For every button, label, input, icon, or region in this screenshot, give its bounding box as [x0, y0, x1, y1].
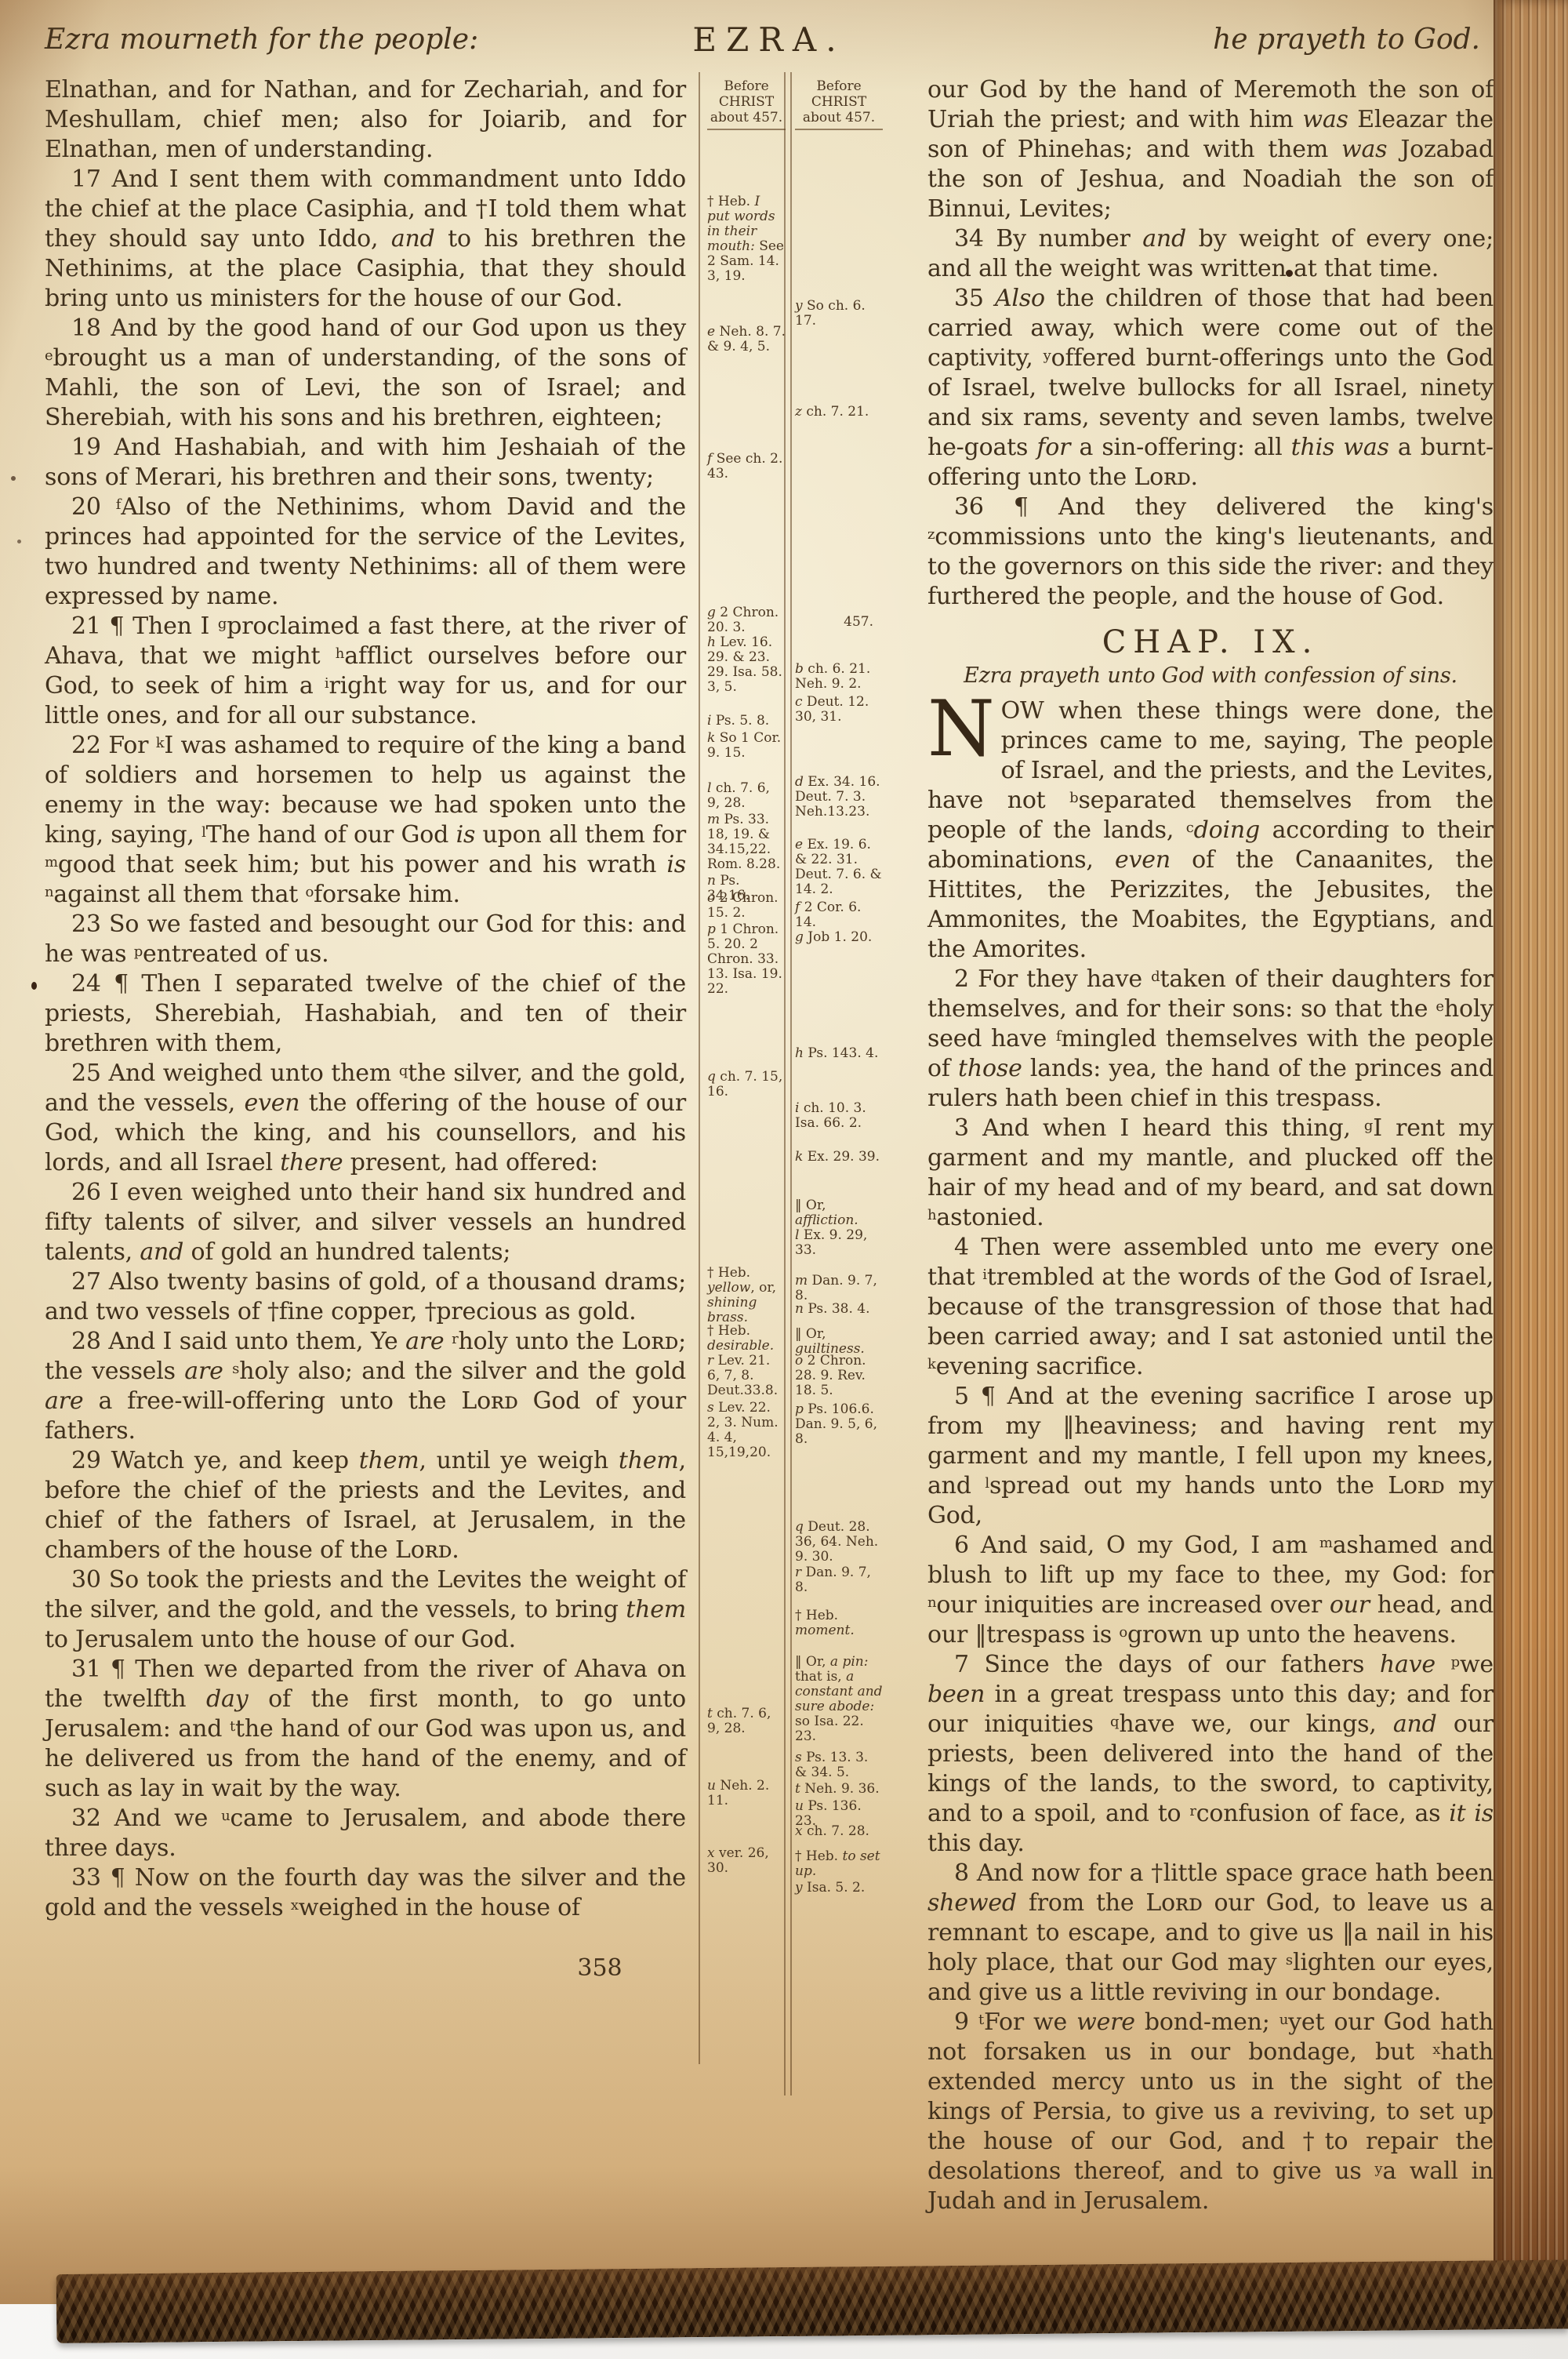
- verse-paragraph: 30 So took the priests and the Levites t…: [45, 1565, 686, 1655]
- verse-paragraph: 20 fAlso of the Nethinims, whom David an…: [45, 493, 686, 612]
- margin-note: d Ex. 34. 16. Deut. 7. 3. Neh.13.23.: [795, 775, 883, 820]
- verse-paragraph: 34 By number and by weight of every one;…: [927, 224, 1494, 284]
- margin-note: k Ex. 29. 39.: [795, 1150, 883, 1165]
- verse-paragraph: 32 And we ucame to Jerusalem, and abode …: [45, 1804, 686, 1863]
- chapter-heading: CHAP. IX.: [927, 624, 1494, 660]
- margin-note: o 2 Chron. 28. 9. Rev. 18. 5.: [795, 1354, 883, 1398]
- margin-note: s Lev. 22. 2, 3. Num. 4. 4, 15,19,20.: [707, 1401, 786, 1460]
- verse-paragraph: 8 And now for a †little space grace hath…: [927, 1859, 1494, 2008]
- margin-note: o 2 Chron. 15. 2.: [707, 891, 786, 921]
- margin-note: r Dan. 9. 7, 8.: [795, 1565, 883, 1595]
- verse-paragraph: 23 So we fasted and besought our God for…: [45, 910, 686, 969]
- verse-paragraph: 5 ¶ And at the evening sacrifice I arose…: [927, 1382, 1494, 1531]
- margin-note: n Ps. 38. 4.: [795, 1302, 883, 1317]
- margin-note: l Ex. 9. 29, 33.: [795, 1228, 883, 1258]
- margin-note: y Isa. 5. 2.: [795, 1881, 883, 1896]
- before-christ-line: about 457.: [795, 110, 883, 125]
- before-christ-line: about 457.: [707, 110, 786, 125]
- margin-note: x ver. 26, 30.: [707, 1846, 786, 1876]
- verse-paragraph: NOW when these things were done, the pri…: [927, 696, 1494, 965]
- verse-paragraph: 9 tFor we were bond-men; uyet our God ha…: [927, 2008, 1494, 2216]
- margin-note: q Deut. 28. 36, 64. Neh. 9. 30.: [795, 1520, 883, 1565]
- margin-note: x ch. 7. 28.: [795, 1824, 883, 1839]
- margin-note: p Ps. 106.6. Dan. 9. 5, 6, 8.: [795, 1402, 883, 1447]
- margin-note: i ch. 10. 3. Isa. 66. 2.: [795, 1101, 883, 1131]
- margin-note: † Heb. yellow, or, shining brass.: [707, 1266, 786, 1325]
- book-fore-edge: [1494, 0, 1568, 2306]
- margin-note: h Lev. 16. 29. & 23. 29. Isa. 58. 3, 5.: [707, 635, 786, 695]
- verse-paragraph: 36 ¶ And they delivered the king's zcomm…: [927, 493, 1494, 612]
- bible-page: Ezra mourneth for the people: EZRA. he p…: [0, 0, 1568, 2304]
- margin-note: z ch. 7. 21.: [795, 405, 883, 420]
- before-christ-line: Before: [795, 78, 883, 94]
- before-christ-header: Before CHRIST about 457.: [795, 78, 883, 130]
- margin-note: 457.: [795, 615, 873, 630]
- ink-speck: [1286, 270, 1293, 277]
- before-christ-line: CHRIST: [707, 94, 786, 110]
- margin-note: i Ps. 5. 8.: [707, 714, 786, 729]
- verse-paragraph: 26 I even weighed unto their hand six hu…: [45, 1178, 686, 1267]
- margin-note: p 1 Chron. 5. 20. 2 Chron. 33. 13. Isa. …: [707, 922, 786, 997]
- verse-paragraph: 21 ¶ Then I gproclaimed a fast there, at…: [45, 612, 686, 731]
- ink-speck: [17, 540, 21, 543]
- verse-text: OW when these things were done, the prin…: [927, 697, 1494, 963]
- right-margin-notes: Before CHRIST about 457. y So ch. 6. 17.…: [795, 75, 883, 2114]
- margin-note: e Ex. 19. 6. & 22. 31. Deut. 7. 6. & 14.…: [795, 838, 883, 897]
- book-scan: Ezra mourneth for the people: EZRA. he p…: [0, 0, 1568, 2359]
- before-christ-line: Before: [707, 78, 786, 94]
- margin-note: ‖ Or, a pin: that is, a constant and sur…: [795, 1655, 883, 1744]
- verse-paragraph: 33 ¶ Now on the fourth day was the silve…: [45, 1863, 686, 1923]
- margin-note: b ch. 6. 21. Neh. 9. 2.: [795, 662, 883, 692]
- book-title: EZRA.: [692, 20, 845, 59]
- margin-note: ‖ Or, affliction.: [795, 1198, 883, 1228]
- before-christ-line: CHRIST: [795, 94, 883, 110]
- right-text-column: our God by the hand of Meremoth the son …: [927, 75, 1494, 2216]
- verse-paragraph: 7 Since the days of our fathers have pwe…: [927, 1650, 1494, 1859]
- verse-paragraph: 29 Watch ye, and keep them, until ye wei…: [45, 1446, 686, 1565]
- margin-note: y So ch. 6. 17.: [795, 299, 883, 329]
- margin-note: q ch. 7. 15, 16.: [707, 1070, 786, 1100]
- column-rule-single: [699, 72, 700, 2064]
- verse-paragraph: 3 And when I heard this thing, gI rent m…: [927, 1114, 1494, 1233]
- margin-note: f See ch. 2. 43.: [707, 452, 786, 482]
- running-head-right: he prayeth to God.: [1213, 24, 1480, 56]
- margin-note: e Neh. 8. 7. & 9. 4, 5.: [707, 325, 786, 354]
- verse-paragraph: our God by the hand of Meremoth the son …: [927, 75, 1494, 224]
- verse-paragraph: 27 Also twenty basins of gold, of a thou…: [45, 1267, 686, 1327]
- margin-note: h Ps. 143. 4.: [795, 1046, 883, 1061]
- margin-note: f 2 Cor. 6. 14.: [795, 900, 883, 930]
- margin-note: m Dan. 9. 7, 8.: [795, 1274, 883, 1303]
- verse-paragraph: 35 Also the children of those that had b…: [927, 284, 1494, 493]
- verse-paragraph: 17 And I sent them with commandment unto…: [45, 165, 686, 314]
- verse-paragraph: 2 For they have dtaken of their daughter…: [927, 965, 1494, 1114]
- margin-note: † Heb. desirable.: [707, 1324, 786, 1354]
- drop-cap: N: [927, 696, 1001, 758]
- verse-paragraph: 25 And weighed unto them qthe silver, an…: [45, 1059, 686, 1178]
- verse-paragraph: Elnathan, and for Nathan, and for Zechar…: [45, 75, 686, 165]
- verse-paragraph: 4 Then were assembled unto me every one …: [927, 1233, 1494, 1382]
- margin-note: l ch. 7. 6, 9, 28.: [707, 781, 786, 811]
- margin-note: r Lev. 21. 6, 7, 8. Deut.33.8.: [707, 1354, 786, 1398]
- margin-note: u Neh. 2. 11.: [707, 1779, 786, 1808]
- margin-note: g 2 Chron. 20. 3.: [707, 605, 786, 635]
- page-number: 358: [549, 1954, 651, 1982]
- verse-paragraph: 31 ¶ Then we departed from the river of …: [45, 1655, 686, 1804]
- verse-paragraph: 6 And said, O my God, I am mashamed and …: [927, 1531, 1494, 1650]
- verse-paragraph: 19 And Hashabiah, and with him Jeshaiah …: [45, 433, 686, 493]
- chapter-summary: Ezra prayeth unto God with confession of…: [927, 663, 1494, 689]
- margin-note: t ch. 7. 6, 9, 28.: [707, 1707, 786, 1736]
- margin-note: g Job 1. 20.: [795, 930, 883, 945]
- before-christ-header: Before CHRIST about 457.: [707, 78, 786, 130]
- margin-note: t Neh. 9. 36.: [795, 1782, 883, 1797]
- ink-speck: [31, 982, 37, 990]
- left-text-column: Elnathan, and for Nathan, and for Zechar…: [45, 75, 686, 1923]
- verse-paragraph: 18 And by the good hand of our God upon …: [45, 314, 686, 433]
- margin-note: † Heb. I put words in their mouth: See 2…: [707, 194, 786, 284]
- ink-speck: [11, 476, 16, 481]
- margin-note: k So 1 Cor. 9. 15.: [707, 731, 786, 761]
- book-binding-edge: [56, 2259, 1568, 2343]
- margin-note: † Heb. to set up.: [795, 1849, 883, 1879]
- verse-paragraph: 22 For kI was ashamed to require of the …: [45, 731, 686, 910]
- left-margin-notes: Before CHRIST about 457. † Heb. I put wo…: [707, 75, 786, 2114]
- margin-note: m Ps. 33. 18, 19. & 34.15,22. Rom. 8.28.: [707, 812, 786, 872]
- verse-paragraph: 28 And I said unto them, Ye are rholy un…: [45, 1327, 686, 1446]
- margin-note: † Heb. moment.: [795, 1608, 883, 1638]
- verse-paragraph: 24 ¶ Then I separated twelve of the chie…: [45, 969, 686, 1059]
- margin-note: s Ps. 13. 3. & 34. 5.: [795, 1750, 883, 1780]
- margin-note: c Deut. 12. 30, 31.: [795, 695, 883, 725]
